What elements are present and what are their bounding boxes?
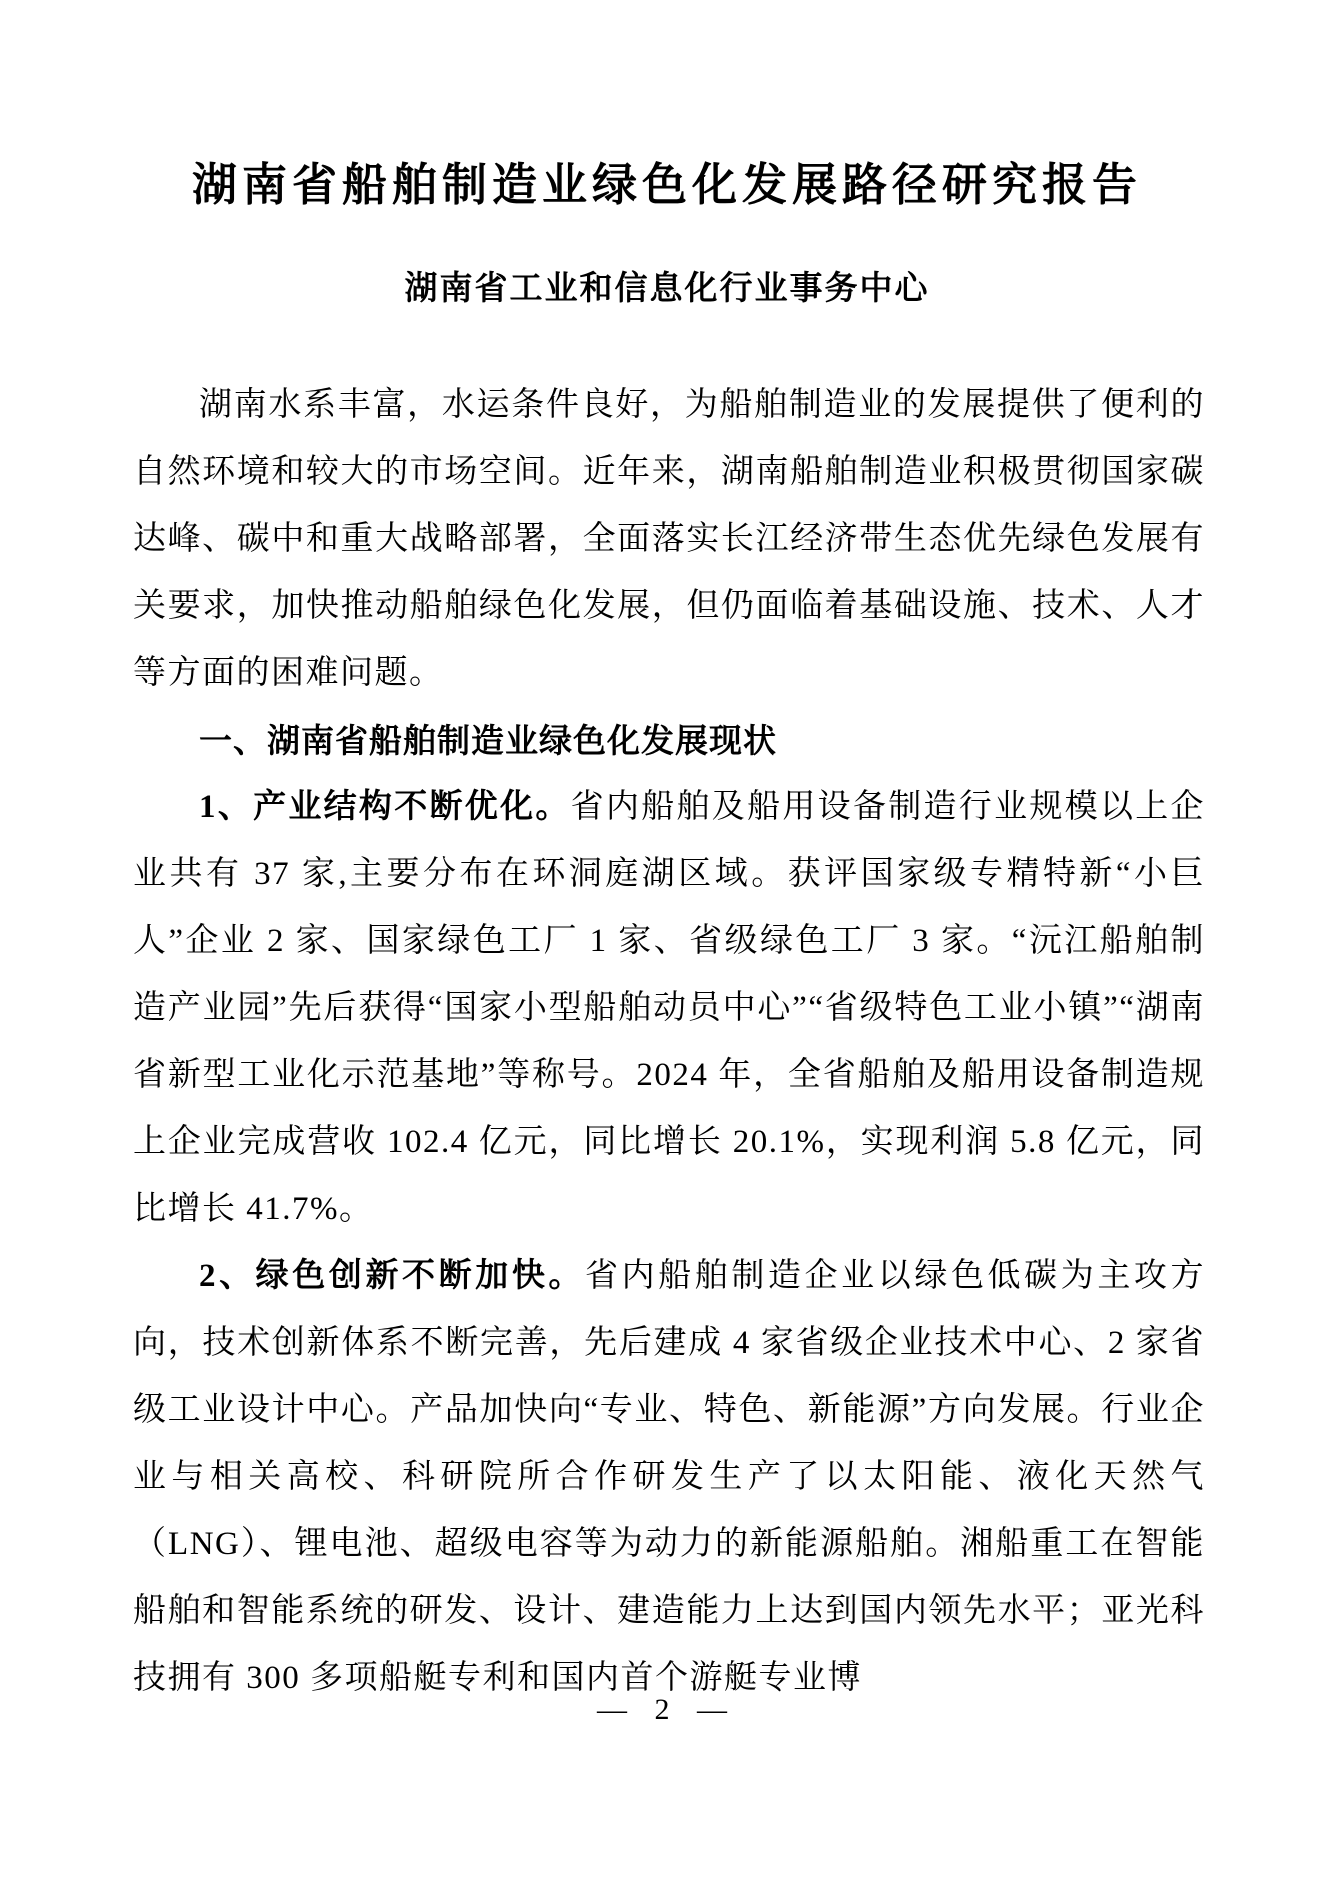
document-page: 湖南省船舶制造业绿色化发展路径研究报告 湖南省工业和信息化行业事务中心 湖南水系… bbox=[0, 0, 1334, 1887]
document-body: 湖南水系丰富，水运条件良好，为船舶制造业的发展提供了便利的自然环境和较大的市场空… bbox=[133, 372, 1205, 1712]
paragraph-green-innovation: 2、绿色创新不断加快。省内船舶制造企业以绿色低碳为主攻方向，技术创新体系不断完善… bbox=[133, 1243, 1205, 1712]
paragraph-1-text: 省内船舶及船用设备制造行业规模以上企业共有 37 家,主要分布在环洞庭湖区域。获… bbox=[133, 789, 1205, 1227]
paragraph-2-text: 省内船舶制造企业以绿色低碳为主攻方向，技术创新体系不断完善，先后建成 4 家省级… bbox=[133, 1258, 1205, 1696]
document-subtitle: 湖南省工业和信息化行业事务中心 bbox=[67, 262, 1267, 309]
document-title: 湖南省船舶制造业绿色化发展路径研究报告 bbox=[67, 148, 1267, 213]
paragraph-1-lead: 1、产业结构不断优化。 bbox=[199, 789, 571, 825]
section-heading-1: 一、湖南省船舶制造业绿色化发展现状 bbox=[133, 707, 1205, 774]
page-number: — 2 — bbox=[67, 1693, 1267, 1727]
paragraph-industry-structure: 1、产业结构不断优化。省内船舶及船用设备制造行业规模以上企业共有 37 家,主要… bbox=[133, 774, 1205, 1243]
paragraph-2-lead: 2、绿色创新不断加快。 bbox=[199, 1258, 585, 1294]
intro-paragraph: 湖南水系丰富，水运条件良好，为船舶制造业的发展提供了便利的自然环境和较大的市场空… bbox=[133, 372, 1205, 707]
